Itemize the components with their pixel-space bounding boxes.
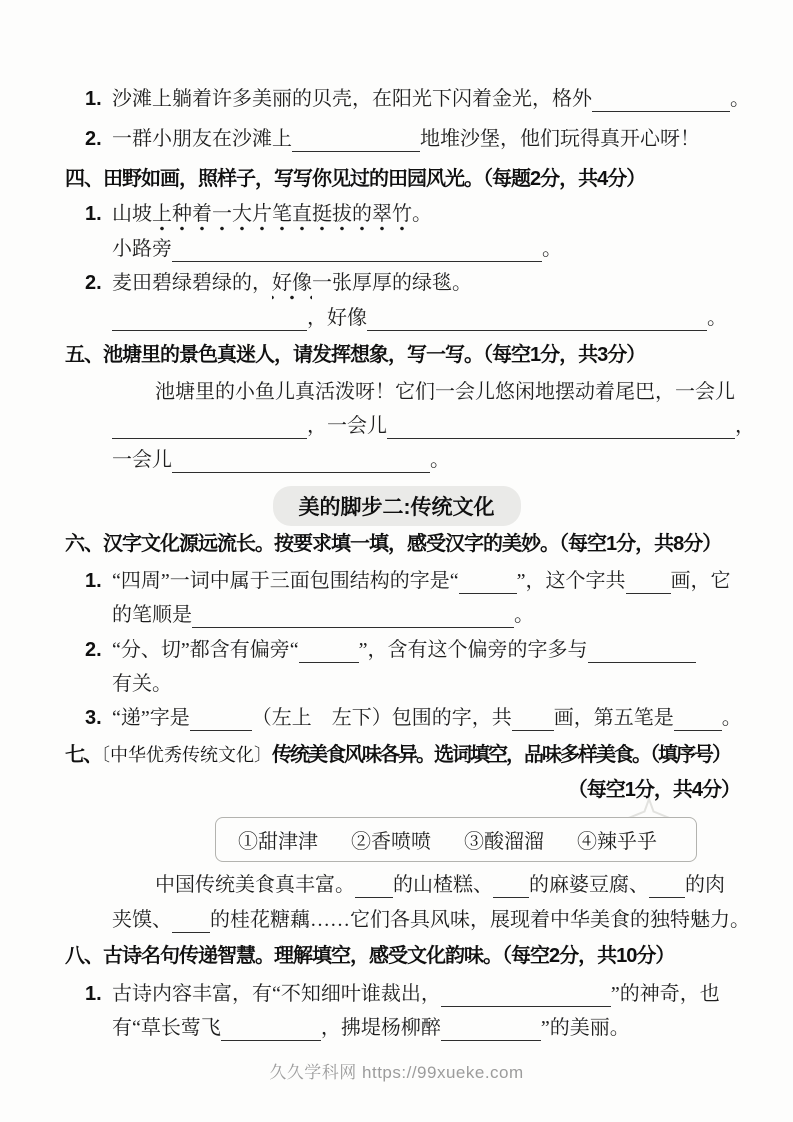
unit-banner: 美的脚步二:传统文化	[273, 486, 521, 526]
answer-blank	[292, 130, 420, 152]
text-run: （左上 左下）包围的字，共	[252, 707, 512, 729]
item-text: 古诗内容丰富，有“不知细叶谁裁出，”的神奇，也	[112, 983, 720, 1005]
answer-line: ，好像。	[112, 305, 727, 331]
answer-blank	[172, 240, 542, 262]
item-text: “四周”一词中属于三面包围结构的字是“”，这个字共画，它	[112, 570, 731, 592]
answer-blank	[588, 641, 696, 663]
item-text: 一群小朋友在沙滩上地堆沙堡，他们玩得真开心呀！	[112, 128, 700, 150]
text-run: “递”字是	[112, 707, 190, 729]
text-run: 。	[430, 449, 450, 471]
item-number: 2.	[85, 126, 112, 152]
prompt-line: 池塘里的小鱼儿真活泼呀！它们一会儿悠闲地摆动着尾巴，一会儿	[155, 379, 735, 405]
answer-blank	[190, 709, 252, 731]
text-run: 古诗内容丰富，有“不知细叶谁裁出，	[112, 983, 441, 1005]
answer-blank	[649, 876, 685, 898]
item-number: 1.	[85, 86, 112, 112]
text-run: ”的美丽。	[541, 1017, 630, 1039]
text-run: ，拂堤杨柳醉	[321, 1017, 441, 1039]
answer-blank	[441, 985, 611, 1007]
question-line: 1.沙滩上躺着许多美丽的贝壳，在阳光下闪着金光，格外。	[85, 86, 750, 112]
text-run: 一群小朋友在沙滩上	[112, 128, 292, 150]
text-run: 的肉	[685, 874, 725, 896]
text-run: 。	[730, 88, 750, 110]
answer-blank	[512, 709, 554, 731]
question-line: 1.古诗内容丰富，有“不知细叶谁裁出，”的神奇，也	[85, 981, 720, 1007]
word-choice-box: ①甜津津 ②香喷喷 ③酸溜溜 ④辣乎乎	[215, 817, 697, 862]
text-run: 〔中华优秀传统文化〕	[101, 745, 272, 765]
question-line: 2.麦田碧绿碧绿的，好像一张厚厚的绿毯。	[85, 270, 472, 296]
answer-blank	[493, 876, 529, 898]
text-run: 山坡	[112, 203, 152, 225]
text-run: 中国传统美食真丰富。	[155, 874, 355, 896]
text-run: 有关。	[112, 673, 172, 695]
answer-blank	[441, 1019, 541, 1041]
answer-blank	[221, 1019, 321, 1041]
text-run: 沙滩上躺着许多美丽的贝壳，在阳光下闪着金光，格外	[112, 88, 592, 110]
question-line: 2.“分、切”都含有偏旁“”，含有这个偏旁的字多与	[85, 637, 696, 663]
item-text: 麦田碧绿碧绿的，好像一张厚厚的绿毯。	[112, 272, 472, 300]
answer-blank	[112, 417, 307, 439]
answer-blank	[299, 641, 359, 663]
answer-blank	[387, 417, 735, 439]
answer-blank	[626, 572, 671, 594]
text-run: 麦田碧绿碧绿的，	[112, 272, 272, 294]
text-run: 池塘里的小鱼儿真活泼呀！它们一会儿悠闲地摆动着尾巴，一会儿	[155, 381, 735, 403]
choice-option-4: ④辣乎乎	[577, 825, 657, 854]
answer-line: 有关。	[112, 671, 172, 697]
text-run: “四周”一词中属于三面包围结构的字是“	[112, 570, 459, 592]
item-number: 1.	[85, 568, 112, 594]
item-number: 2.	[85, 637, 112, 663]
paragraph-line: 夹馍、的桂花糖藕……它们各具风味，展现着中华美食的独特魅力。	[112, 907, 750, 933]
text-run: 的笔顺是	[112, 604, 192, 626]
text-run: ，一会儿	[307, 415, 387, 437]
answer-line: 一会儿。	[112, 447, 450, 473]
text-run: 传统美食风味各异。选词填空，品味多样美食。（填序号）	[272, 744, 730, 766]
answer-blank	[459, 572, 517, 594]
item-number: 1.	[85, 981, 112, 1007]
answer-line: 的笔顺是。	[112, 602, 534, 628]
text-run: 小路旁	[112, 238, 172, 260]
text-run: 的山楂糕、	[393, 874, 493, 896]
text-run: ”，这个字共	[517, 570, 626, 592]
text-run: ，	[735, 415, 755, 437]
text-run: 。	[722, 707, 742, 729]
section-5-title: 五、池塘里的景色真迷人，请发挥想象，写一写。（每空1分，共3分）	[65, 342, 645, 368]
watermark-footer: 久久学科网 https://99xueke.com	[0, 1058, 793, 1083]
text-run: 地堆沙堡，他们玩得真开心呀！	[420, 128, 700, 150]
text-run: 好像	[272, 272, 312, 300]
answer-blank	[592, 90, 730, 112]
answer-blank	[355, 876, 393, 898]
text-run: 画，它	[671, 570, 731, 592]
question-line: 3.“递”字是（左上 左下）包围的字，共画，第五笔是。	[85, 705, 742, 731]
question-line: 1.“四周”一词中属于三面包围结构的字是“”，这个字共画，它	[85, 568, 731, 594]
item-text: “分、切”都含有偏旁“”，含有这个偏旁的字多与	[112, 639, 696, 661]
question-line: 1.山坡上种着一大片笔直挺拔的翠竹。	[85, 201, 432, 227]
text-run: 。	[707, 307, 727, 329]
text-run: ”的神奇，也	[611, 983, 720, 1005]
question-line: 2.一群小朋友在沙滩上地堆沙堡，他们玩得真开心呀！	[85, 126, 700, 152]
text-run: 的麻婆豆腐、	[529, 874, 649, 896]
answer-blank	[192, 606, 514, 628]
item-number: 1.	[85, 201, 112, 227]
item-number: 2.	[85, 270, 112, 296]
choice-option-3: ③酸溜溜	[464, 825, 544, 854]
item-text: 山坡上种着一大片笔直挺拔的翠竹。	[112, 203, 432, 231]
text-run: 有“草长莺飞	[112, 1017, 221, 1039]
text-run: 画，第五笔是	[554, 707, 674, 729]
answer-line: ，一会儿，	[112, 413, 755, 439]
exam-worksheet-page: 1.沙滩上躺着许多美丽的贝壳，在阳光下闪着金光，格外。 2.一群小朋友在沙滩上地…	[0, 0, 793, 1122]
text-run: 。	[412, 203, 432, 225]
item-text: “递”字是（左上 左下）包围的字，共画，第五笔是。	[112, 707, 742, 729]
choice-option-1: ①甜津津	[238, 825, 318, 854]
text-run: 一会儿	[112, 449, 172, 471]
section-4-title: 四、田野如画，照样子，写写你见过的田园风光。（每题2分，共4分）	[65, 166, 645, 192]
section-7-title: 七、〔中华优秀传统文化〕传统美食风味各异。选词填空，品味多样美食。（填序号）	[65, 742, 730, 768]
text-run: 的桂花糖藕……它们各具风味，展现着中华美食的独特魅力。	[210, 909, 750, 931]
answer-line: 有“草长莺飞，拂堤杨柳醉”的美丽。	[112, 1015, 630, 1041]
text-run: 七、	[65, 744, 101, 766]
text-run: 。	[514, 604, 534, 626]
text-run: ，好像	[307, 307, 367, 329]
item-number: 3.	[85, 705, 112, 731]
answer-line: 小路旁。	[112, 236, 562, 262]
text-run: 一张厚厚的绿毯。	[312, 272, 472, 294]
section-6-title: 六、汉字文化源远流长。按要求填一填，感受汉字的美妙。（每空1分，共8分）	[65, 531, 721, 557]
choice-option-2: ②香喷喷	[351, 825, 431, 854]
answer-blank	[674, 709, 722, 731]
text-run: 上种着一大片笔直挺拔的翠竹	[152, 203, 412, 231]
text-run: “分、切”都含有偏旁“	[112, 639, 299, 661]
text-run: ”，含有这个偏旁的字多与	[359, 639, 588, 661]
item-text: 沙滩上躺着许多美丽的贝壳，在阳光下闪着金光，格外。	[112, 88, 750, 110]
answer-blank	[112, 309, 307, 331]
section-8-title: 八、古诗名句传递智慧。理解填空，感受文化韵味。（每空2分，共10分）	[65, 943, 674, 969]
answer-blank	[172, 451, 430, 473]
text-run: 。	[542, 238, 562, 260]
answer-blank	[172, 911, 210, 933]
paragraph-line: 中国传统美食真丰富。的山楂糕、的麻婆豆腐、的肉	[155, 872, 725, 898]
answer-blank	[367, 309, 707, 331]
text-run: 夹馍、	[112, 909, 172, 931]
